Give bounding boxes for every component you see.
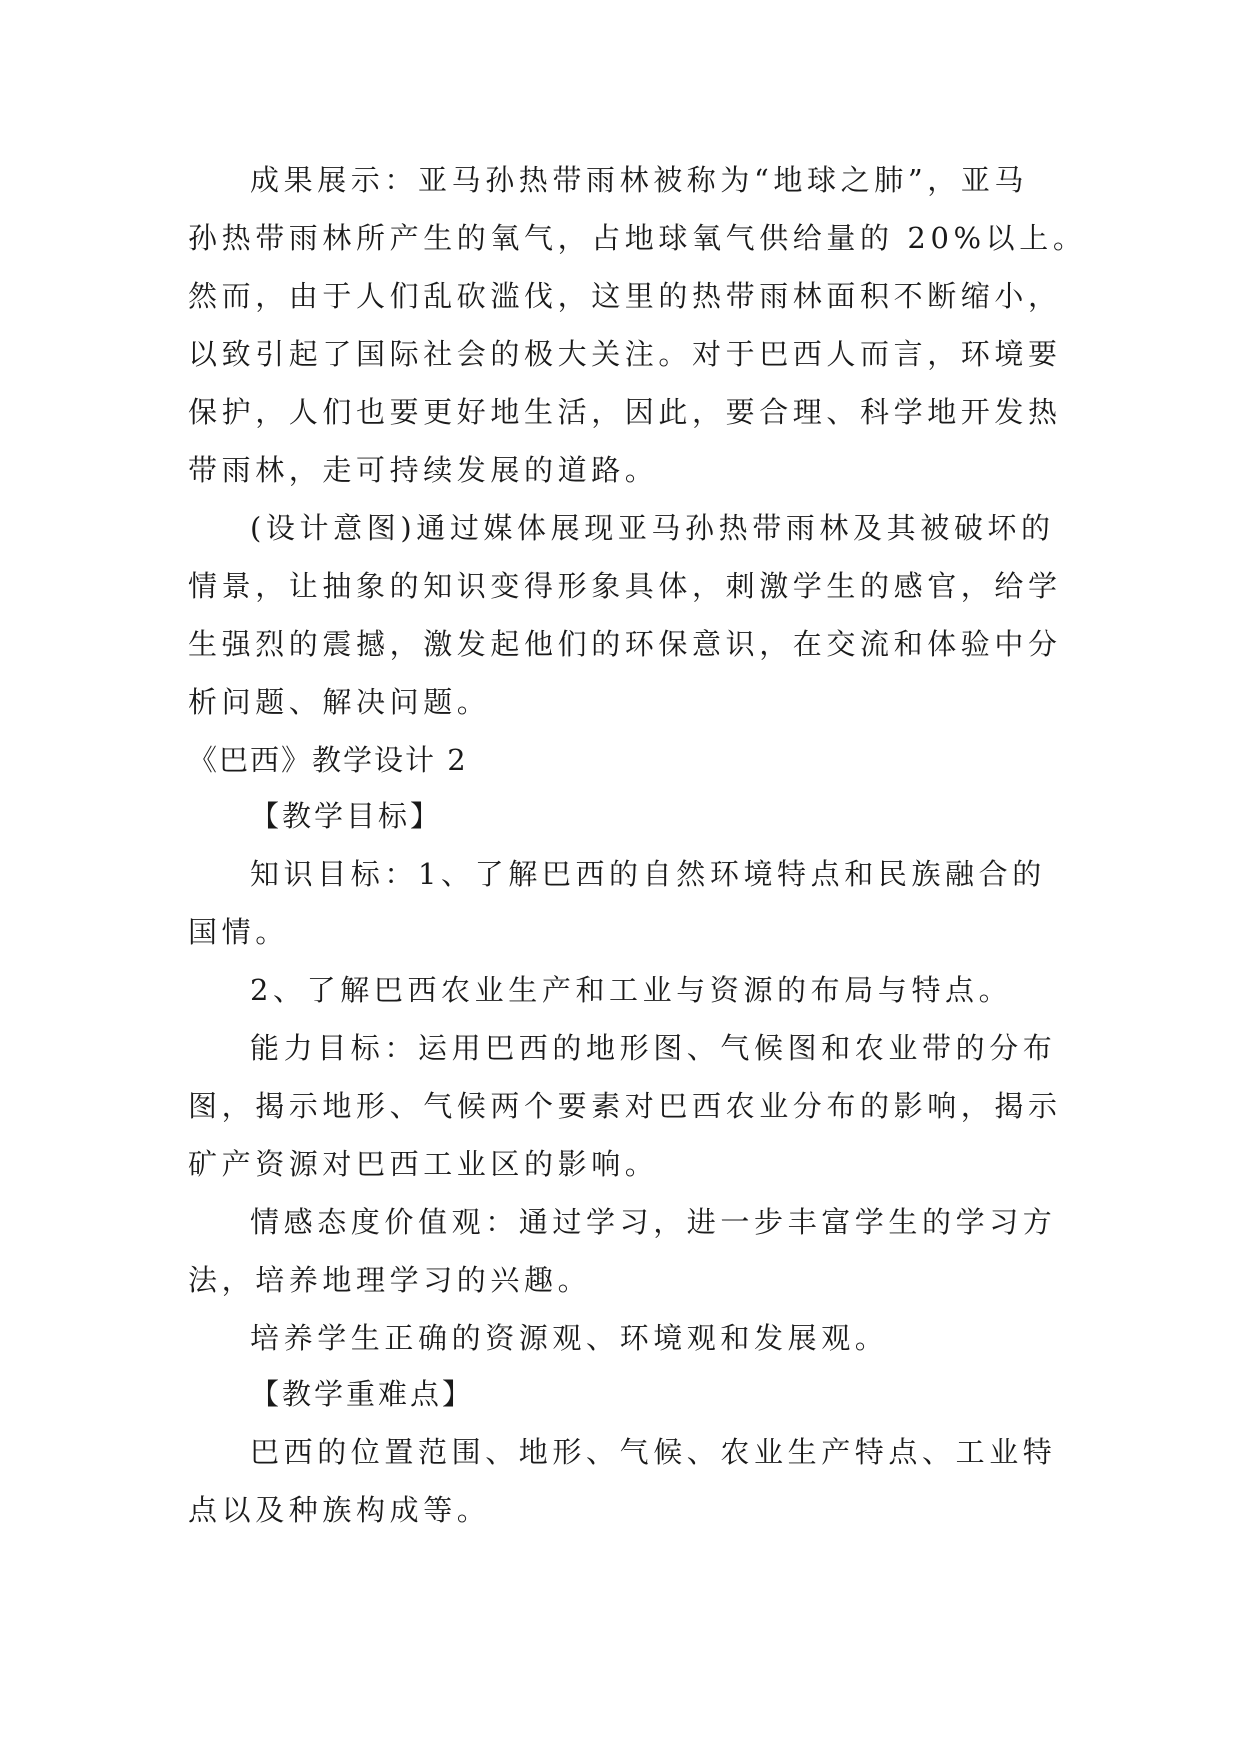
text-line: 以致引起了国际社会的极大关注。对于巴西人而言，环境要 <box>188 334 1062 374</box>
text-line: 图，揭示地形、气候两个要素对巴西农业分布的影响，揭示 <box>188 1086 1062 1126</box>
text-line: (设计意图)通过媒体展现亚马孙热带雨林及其被破坏的 <box>250 508 1055 548</box>
text-line: 能力目标：运用巴西的地形图、气候图和农业带的分布 <box>250 1028 1056 1068</box>
section-title: 《巴西》教学设计 2 <box>188 740 468 780</box>
text-line: 情感态度价值观：通过学习，进一步丰富学生的学习方 <box>250 1202 1056 1242</box>
text-line: 点以及种族构成等。 <box>188 1490 490 1530</box>
text-line: 情景，让抽象的知识变得形象具体，刺激学生的感官，给学 <box>188 566 1062 606</box>
text-line: 孙热带雨林所产生的氧气，占地球氧气供给量的 20%以上。 <box>188 218 1086 258</box>
text-line: 析问题、解决问题。 <box>188 682 490 722</box>
text-line: 生强烈的震撼，激发起他们的环保意识，在交流和体验中分 <box>188 624 1062 664</box>
text-line: 保护，人们也要更好地生活，因此，要合理、科学地开发热 <box>188 392 1062 432</box>
text-line: 国情。 <box>188 912 289 952</box>
text-line: 然而，由于人们乱砍滥伐，这里的热带雨林面积不断缩小， <box>188 276 1062 316</box>
key-points-heading: 【教学重难点】 <box>250 1374 474 1414</box>
text-line: 成果展示：亚马孙热带雨林被称为“地球之肺”，亚马 <box>250 160 1028 200</box>
text-line: 巴西的位置范围、地形、气候、农业生产特点、工业特 <box>250 1432 1056 1472</box>
text-line: 矿产资源对巴西工业区的影响。 <box>188 1144 658 1184</box>
teaching-goals-heading: 【教学目标】 <box>250 796 442 836</box>
text-line: 法，培养地理学习的兴趣。 <box>188 1260 591 1300</box>
text-line: 带雨林，走可持续发展的道路。 <box>188 450 658 490</box>
text-line: 知识目标：1、了解巴西的自然环境特点和民族融合的 <box>250 854 1046 894</box>
text-line: 2、了解巴西农业生产和工业与资源的布局与特点。 <box>250 970 1012 1010</box>
text-line: 培养学生正确的资源观、环境观和发展观。 <box>250 1318 888 1358</box>
